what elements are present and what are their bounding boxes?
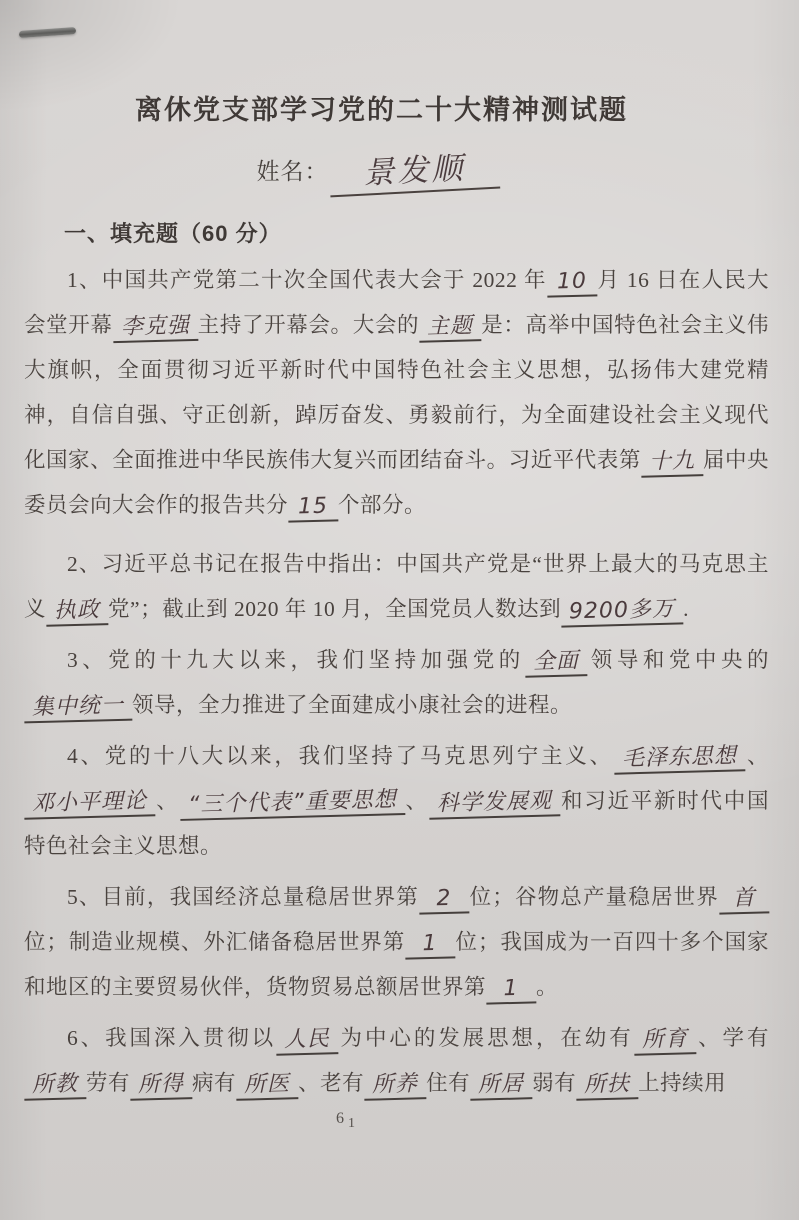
- handwritten-answer: 1: [405, 930, 456, 959]
- question-paragraph: 2、习近平总书记在报告中指出：中国共产党是“世界上最大的马克思主义执政党”；截止…: [24, 542, 769, 632]
- handwritten-answer: 集中统一: [24, 693, 133, 724]
- page-title: 离休党支部学习党的二十大精神测试题: [0, 0, 781, 127]
- questions: 1、中国共产党第二十次全国代表大会于 2022 年10月 16 日在人民大会堂开…: [24, 258, 769, 1106]
- printed-text: 住有: [426, 1071, 470, 1095]
- handwritten-answer: 李克强: [112, 313, 198, 343]
- printed-text: 劳有: [86, 1071, 130, 1095]
- handwritten-answer: 全面: [524, 648, 587, 678]
- handwritten-answer: 主题: [419, 313, 482, 343]
- name-row: 姓名：景发顺: [0, 143, 777, 191]
- question-paragraph: 3、党的十九大以来，我们坚持加强党的全面领导和党中央的集中统一领导，全力推进了全…: [24, 638, 769, 728]
- printed-text: 弱有: [532, 1071, 576, 1095]
- handwritten-answer: 10: [546, 268, 597, 297]
- handwritten-answer: 十九: [641, 448, 704, 478]
- handwritten-answer: 首: [719, 885, 770, 914]
- question-paragraph: 5、目前，我国经济总量稳居世界第2位；谷物总产量稳居世界首位；制造业规模、外汇储…: [24, 875, 769, 1010]
- handwritten-name: 景发顺: [327, 141, 499, 198]
- handwritten-answer: 所育: [633, 1026, 696, 1056]
- handwritten-answer: 所医: [236, 1071, 299, 1101]
- handwritten-answer: 15: [288, 493, 339, 522]
- handwritten-answer: “三个代表”重要思想: [179, 787, 404, 821]
- printed-text: 3、党的十九大以来，我们坚持加强党的: [67, 648, 525, 672]
- page-number-sub: 1: [348, 1116, 356, 1132]
- printed-text: 、学有: [696, 1026, 769, 1050]
- scanned-test-paper: 离休党支部学习党的二十大精神测试题 姓名：景发顺 一、填充题（60 分） 1、中…: [0, 0, 799, 1220]
- handwritten-answer: 人民: [276, 1026, 339, 1056]
- handwritten-answer: 执政: [46, 597, 109, 627]
- printed-text: 上持续用: [638, 1071, 726, 1095]
- handwritten-answer: 所扶: [576, 1071, 639, 1101]
- handwritten-answer: 1: [486, 975, 537, 1004]
- printed-text: 为中心的发展思想，在幼有: [338, 1026, 634, 1050]
- handwritten-answer: 邓小平理论: [24, 788, 156, 819]
- printed-text: 病有: [192, 1071, 236, 1095]
- printed-text: 、: [404, 789, 428, 813]
- printed-text: 个部分。: [338, 493, 426, 517]
- handwritten-answer: 所居: [470, 1071, 533, 1101]
- printed-text: 1、中国共产党第二十次全国代表大会于 2022 年: [67, 268, 547, 292]
- printed-text: 4、党的十八大以来，我们坚持了马克思列宁主义、: [67, 744, 614, 768]
- printed-text: 领导，全力推进了全面建成小康社会的进程。: [132, 693, 572, 717]
- handwritten-answer: 毛泽东思想: [613, 743, 745, 774]
- printed-text: 。: [536, 975, 558, 999]
- handwritten-answer: 所教: [24, 1071, 87, 1101]
- printed-text: 、: [745, 744, 769, 768]
- printed-text: 5、目前，我国经济总量稳居世界第: [67, 885, 419, 909]
- printed-text: 主持了开幕会。大会的: [198, 313, 420, 337]
- page-number-main: 6: [336, 1110, 345, 1127]
- printed-text: 党”；截止到 2020 年 10 月，全国党员人数达到: [108, 597, 561, 621]
- name-label: 姓名：: [257, 158, 329, 184]
- printed-text: 、老有: [298, 1071, 364, 1095]
- handwritten-answer: 2: [419, 885, 470, 914]
- printed-text: 6、我国深入贯彻以: [67, 1026, 276, 1050]
- page-number: 61: [336, 1110, 356, 1128]
- printed-text: .: [683, 597, 689, 621]
- handwritten-answer: 所得: [130, 1071, 193, 1101]
- handwritten-answer: 9200多万: [561, 596, 684, 627]
- printed-text: 、: [155, 789, 179, 813]
- question-paragraph: 6、我国深入贯彻以人民为中心的发展思想，在幼有所育、学有所教劳有所得病有所医、老…: [24, 1016, 769, 1106]
- handwritten-answer: 所养: [364, 1071, 427, 1101]
- printed-text: 领导和党中央的: [587, 648, 769, 672]
- handwritten-answer: 科学发展观: [428, 788, 560, 819]
- question-paragraph: 4、党的十八大以来，我们坚持了马克思列宁主义、毛泽东思想、邓小平理论、“三个代表…: [24, 734, 769, 869]
- question-paragraph: 1、中国共产党第二十次全国代表大会于 2022 年10月 16 日在人民大会堂开…: [24, 258, 769, 528]
- printed-text: 位；制造业规模、外汇储备稳居世界第: [24, 930, 405, 954]
- printed-text: 位；谷物总产量稳居世界: [469, 885, 719, 909]
- section-heading: 一、填充题（60 分）: [64, 217, 799, 248]
